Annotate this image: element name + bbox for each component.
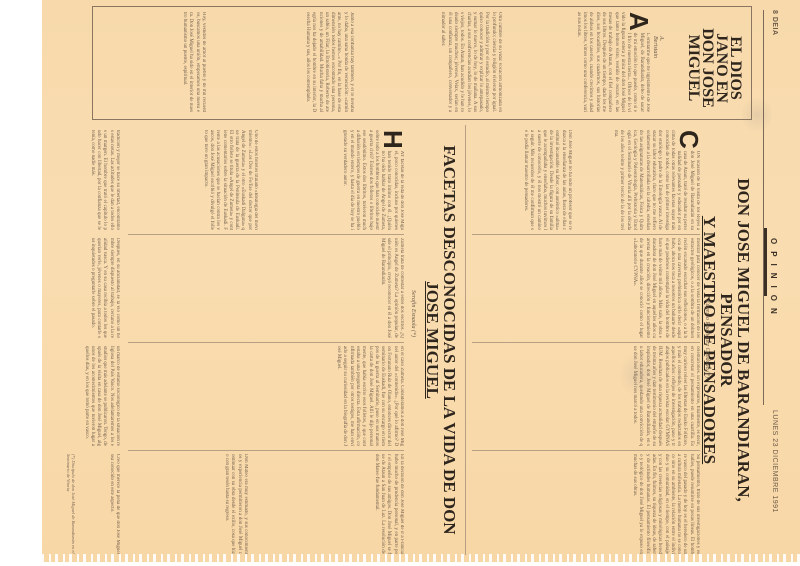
continuation-col-4: Creo que merece la pena de que don José …: [80, 454, 120, 554]
continuation-col-3: un marco de estudio sociológico de la si…: [50, 346, 120, 446]
sidebar-col-1: AL emitarme que he ligeramente de José M…: [510, 12, 650, 112]
sidebar-col-2: Otra cumbre de su vida: vocación armoniz…: [362, 12, 502, 112]
torn-edge: [42, 554, 800, 562]
article-divider: [465, 125, 466, 555]
page-header: 8 DEIA OPINION LUNES 23 DICIEMBRE 1991: [766, 10, 778, 552]
column-rule: [472, 342, 700, 343]
issue-date: LUNES 23 DICIEMBRE 1991: [771, 410, 778, 513]
column-rule: [472, 234, 700, 235]
sidebar-col-4: Hoy, vestidos de amor al pueblo y de mil…: [106, 12, 206, 112]
headline-line-1: DON JOSE MIGUEL DE BARANDIARAN, PENSADOR: [718, 130, 752, 550]
column-rule: [128, 234, 404, 235]
second-col-4: en el caso Zumeta. Consideramos a don Jo…: [128, 346, 404, 446]
main-col-5: Su pensamiento, fruto de sus investigaci…: [472, 454, 700, 554]
footnote: (*) Discípulo de don José Miguel de Bara…: [66, 454, 76, 554]
dropcap: A: [628, 12, 650, 31]
second-article-byline: Serafin Esnaola (*): [410, 290, 416, 337]
main-col-1: CON ocasión de la visita de los Reyes a …: [578, 130, 700, 230]
second-article-headline: FACETAS DESCONOCIDAS DE LA VIDA DE DON J…: [424, 125, 458, 555]
column-rule: [472, 450, 700, 451]
main-col-3: mostrar para conocer de vista la formaci…: [472, 238, 700, 338]
second-col-5: En la decisión de don José Miguel de ir …: [254, 454, 404, 554]
continuation-col-2: Después, en su ancianidad, se la vio com…: [50, 238, 120, 338]
header-rule: [763, 10, 764, 405]
dropcap: C: [678, 130, 700, 149]
section-label: OPINION: [769, 238, 778, 321]
page-number: 8 DEIA: [771, 10, 778, 36]
main-col-2: Don José Miguel no ha sido un profesor q…: [472, 130, 572, 230]
dropcap: H: [382, 130, 404, 149]
headline-line-1: FACETAS DESCONOCIDAS DE LA VIDA DE DON: [441, 125, 458, 555]
newspaper-page: 8 DEIA OPINION LUNES 23 DICIEMBRE 1991 E…: [42, 0, 800, 562]
second-col-3: Zumeta trata de contestar a estos dos es…: [128, 238, 404, 338]
second-col-6: Don Mateo era muy estimado, y sus conoci…: [128, 454, 248, 554]
main-col-4: orientaciones. En expresarse, finalmente…: [472, 346, 700, 446]
second-col-1: HAY facetas de la vida de don José Migue…: [264, 130, 404, 230]
column-rule: [128, 342, 404, 343]
sidebar-col-3: Junto a esa confianza hay también, y él …: [214, 12, 354, 112]
main-article-byline: Eugenio Rodriguez Condado (*): [704, 300, 710, 378]
sidebar-title: EL DIOS JANO EN DON JOSE MIGUEL: [686, 18, 742, 118]
headline-line-2: JOSE MIGUEL: [424, 125, 441, 555]
column-rule: [128, 450, 404, 451]
continuation-col-1: tradición y mejor se hace su libertad, e…: [50, 130, 120, 230]
sidebar-byline: A. Beristain: [652, 36, 664, 58]
second-col-2: Uno de estos folletos titulado «Idealogí…: [128, 130, 258, 230]
section-rule: [764, 228, 767, 296]
